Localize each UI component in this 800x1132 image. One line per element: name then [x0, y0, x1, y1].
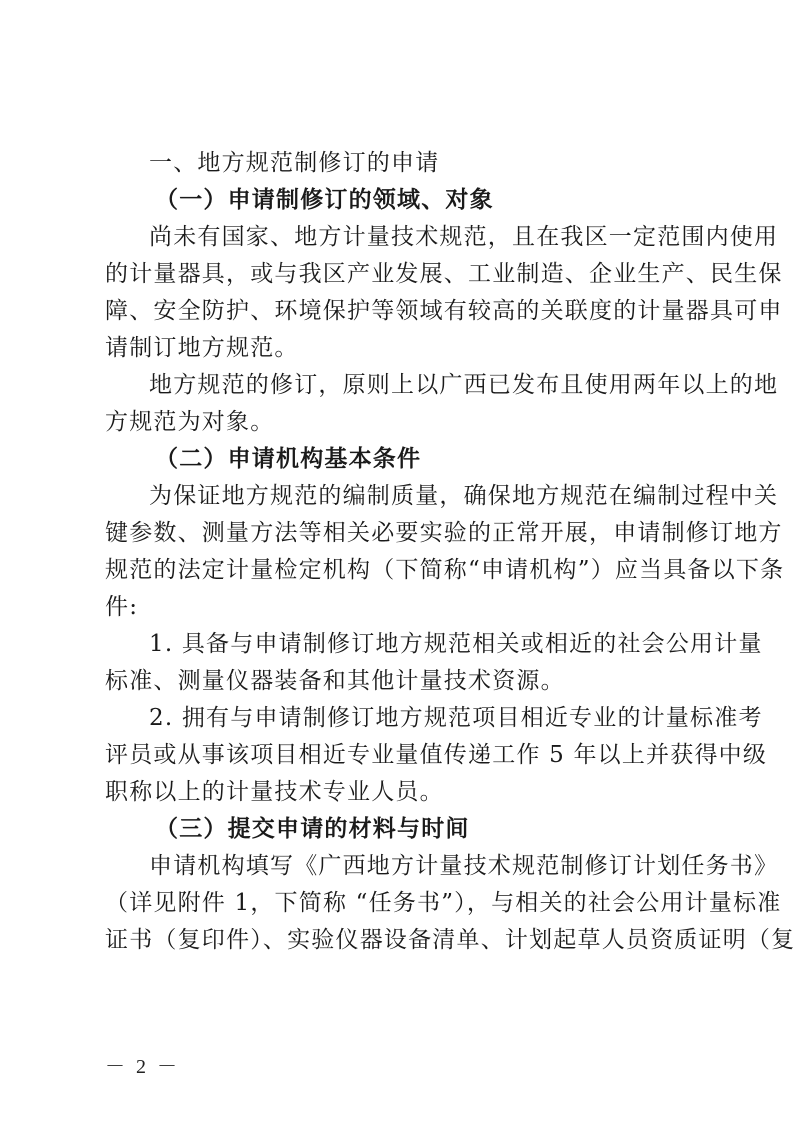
document-body: 一、地方规范制修订的申请 （一）申请制修订的领域、对象 尚未有国家、地方计量技术…: [105, 145, 703, 959]
subsection-heading-3: （三）提交申请的材料与时间: [105, 811, 703, 848]
section-title: 一、地方规范制修订的申请: [105, 145, 703, 182]
paragraph-line: 标准、测量仪器装备和其他计量技术资源。: [105, 663, 703, 700]
paragraph-line: 的计量器具，或与我区产业发展、工业制造、企业生产、民生保: [105, 256, 703, 293]
paragraph-line: 评员或从事该项目相近专业量值传递工作 5 年以上并获得中级: [105, 737, 703, 774]
paragraph-line: 件:: [105, 589, 703, 626]
list-item: 1. 具备与申请制修订地方规范相关或相近的社会公用计量 标准、测量仪器装备和其他…: [105, 626, 703, 700]
paragraph-line: 证书（复印件）、实验仪器设备清单、计划起草人员资质证明（复: [105, 922, 703, 959]
list-item: 2. 拥有与申请制修订地方规范项目相近专业的计量标准考 评员或从事该项目相近专业…: [105, 700, 703, 811]
paragraph-line: 障、安全防护、环境保护等领域有较高的关联度的计量器具可申: [105, 293, 703, 330]
paragraph-line: 职称以上的计量技术专业人员。: [105, 774, 703, 811]
paragraph-line: 规范的法定计量检定机构（下简称“申请机构”）应当具备以下条: [105, 552, 703, 589]
paragraph-line: 2. 拥有与申请制修订地方规范项目相近专业的计量标准考: [105, 700, 703, 737]
paragraph: 为保证地方规范的编制质量，确保地方规范在编制过程中关 键参数、测量方法等相关必要…: [105, 478, 703, 626]
subsection-heading-2: （二）申请机构基本条件: [105, 441, 703, 478]
paragraph: 尚未有国家、地方计量技术规范，且在我区一定范围内使用 的计量器具，或与我区产业发…: [105, 219, 703, 367]
paragraph-line: 为保证地方规范的编制质量，确保地方规范在编制过程中关: [105, 478, 703, 515]
paragraph-line: （详见附件 1，下简称 “任务书”），与相关的社会公用计量标准: [105, 885, 703, 922]
page-number: － 2 －: [105, 1050, 180, 1079]
document-page: 一、地方规范制修订的申请 （一）申请制修订的领域、对象 尚未有国家、地方计量技术…: [0, 0, 800, 1132]
paragraph-line: 请制订地方规范。: [105, 330, 703, 367]
paragraph-line: 方规范为对象。: [105, 404, 703, 441]
paragraph-line: 尚未有国家、地方计量技术规范，且在我区一定范围内使用: [105, 219, 703, 256]
paragraph-line: 地方规范的修订，原则上以广西已发布且使用两年以上的地: [105, 367, 703, 404]
paragraph-line: 1. 具备与申请制修订地方规范相关或相近的社会公用计量: [105, 626, 703, 663]
paragraph-line: 申请机构填写《广西地方计量技术规范制修订计划任务书》: [105, 848, 703, 885]
paragraph-line: 键参数、测量方法等相关必要实验的正常开展，申请制修订地方: [105, 515, 703, 552]
paragraph: 申请机构填写《广西地方计量技术规范制修订计划任务书》 （详见附件 1，下简称 “…: [105, 848, 703, 959]
subsection-heading-1: （一）申请制修订的领域、对象: [105, 182, 703, 219]
paragraph: 地方规范的修订，原则上以广西已发布且使用两年以上的地 方规范为对象。: [105, 367, 703, 441]
